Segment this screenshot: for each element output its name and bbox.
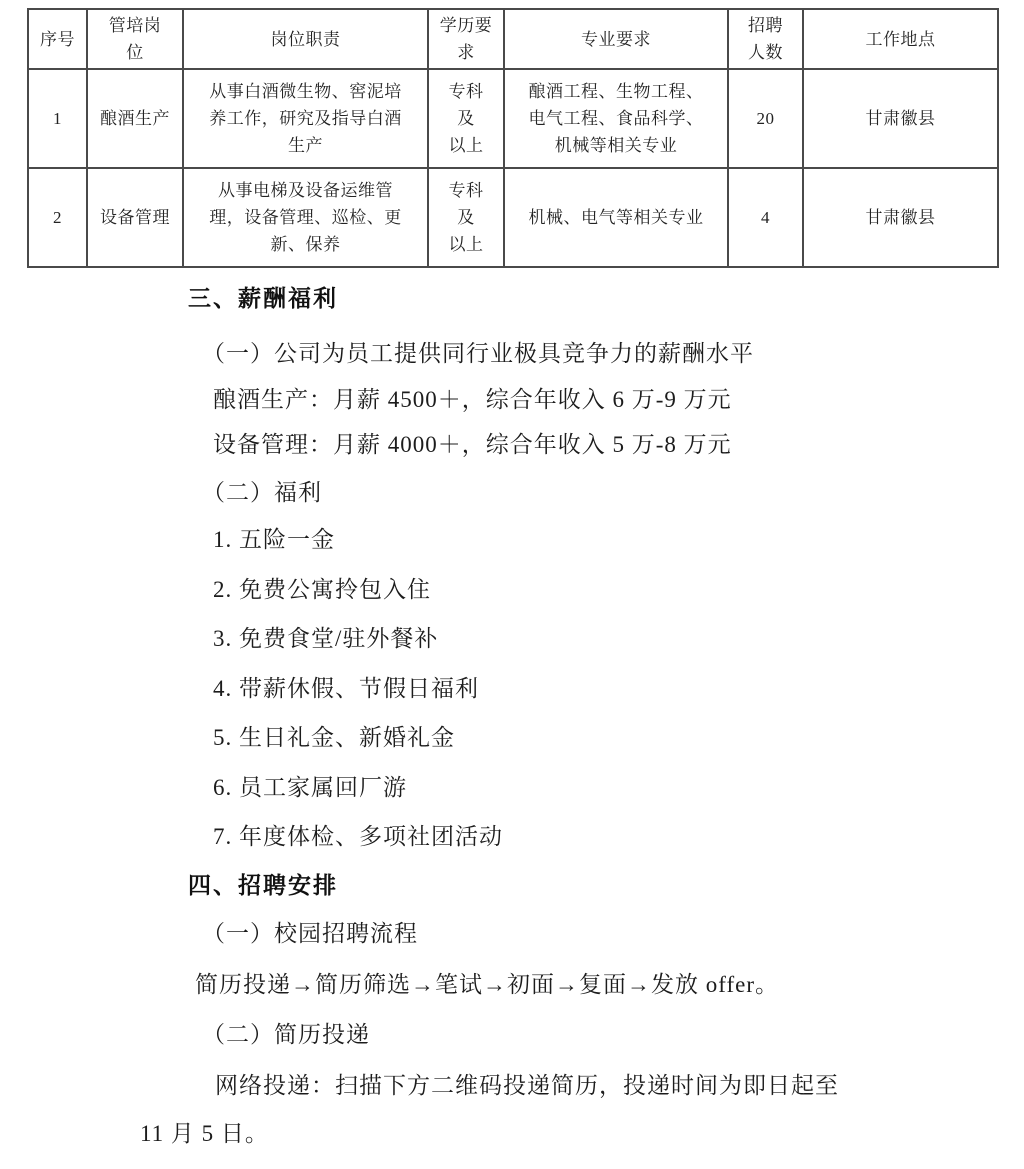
- benefit-item-4: 4. 带薪休假、节假日福利: [213, 676, 479, 702]
- header-cell-headcount: 招聘 人数: [728, 9, 803, 69]
- section-heading-recruitment: 四、招聘安排: [188, 872, 338, 898]
- cell-duties: 从事白酒微生物、窖泥培 养工作，研究及指导白酒 生产: [183, 69, 428, 168]
- cell-position: 酿酒生产: [87, 69, 183, 168]
- subsection-resume-submission: （二）简历投递: [202, 1022, 370, 1048]
- benefit-item-5: 5. 生日礼金、新婚礼金: [213, 725, 455, 751]
- cell-headcount: 4: [728, 168, 803, 267]
- subsection-campus-process: （一）校园招聘流程: [202, 921, 418, 947]
- positions-table: 序号 管培岗 位 岗位职责 学历要 求 专业要求 招聘 人数 工作地点 1 酿酒…: [27, 8, 999, 268]
- header-cell-duties: 岗位职责: [183, 9, 428, 69]
- cell-location: 甘肃徽县: [803, 69, 998, 168]
- cell-headcount: 20: [728, 69, 803, 168]
- resume-submission-line-1: 网络投递：扫描下方二维码投递简历，投递时间为即日起至: [215, 1073, 839, 1099]
- document-page: 序号 管培岗 位 岗位职责 学历要 求 专业要求 招聘 人数 工作地点 1 酿酒…: [0, 0, 1024, 1169]
- cell-education: 专科 及 以上: [428, 69, 504, 168]
- table-row: 2 设备管理 从事电梯及设备运维管 理，设备管理、巡检、更 新、保养 专科 及 …: [28, 168, 998, 267]
- salary-line-brewing: 酿酒生产：月薪 4500＋，综合年收入 6 万-9 万元: [213, 387, 732, 413]
- cell-position: 设备管理: [87, 168, 183, 267]
- header-cell-position: 管培岗 位: [87, 9, 183, 69]
- cell-number: 2: [28, 168, 87, 267]
- benefit-item-1: 1. 五险一金: [213, 527, 335, 553]
- salary-line-equipment: 设备管理：月薪 4000＋，综合年收入 5 万-8 万元: [213, 432, 732, 458]
- benefit-item-6: 6. 员工家属回厂游: [213, 775, 407, 801]
- cell-number: 1: [28, 69, 87, 168]
- cell-education: 专科 及 以上: [428, 168, 504, 267]
- header-cell-major: 专业要求: [504, 9, 728, 69]
- table-row: 1 酿酒生产 从事白酒微生物、窖泥培 养工作，研究及指导白酒 生产 专科 及 以…: [28, 69, 998, 168]
- benefit-item-2: 2. 免费公寓拎包入住: [213, 577, 431, 603]
- header-cell-education: 学历要 求: [428, 9, 504, 69]
- benefit-item-7: 7. 年度体检、多项社团活动: [213, 824, 503, 850]
- cell-major: 机械、电气等相关专业: [504, 168, 728, 267]
- table-header-row: 序号 管培岗 位 岗位职责 学历要 求 专业要求 招聘 人数 工作地点: [28, 9, 998, 69]
- section-heading-salary: 三、薪酬福利: [188, 285, 338, 311]
- resume-submission-line-2: 11 月 5 日。: [140, 1121, 269, 1147]
- header-cell-location: 工作地点: [803, 9, 998, 69]
- header-cell-number: 序号: [28, 9, 87, 69]
- cell-major: 酿酒工程、生物工程、 电气工程、食品科学、 机械等相关专业: [504, 69, 728, 168]
- cell-location: 甘肃徽县: [803, 168, 998, 267]
- subsection-benefits: （二）福利: [202, 480, 322, 506]
- subsection-salary-level: （一）公司为员工提供同行业极具竞争力的薪酬水平: [202, 341, 754, 367]
- cell-duties: 从事电梯及设备运维管 理，设备管理、巡检、更 新、保养: [183, 168, 428, 267]
- benefit-item-3: 3. 免费食堂/驻外餐补: [213, 626, 438, 652]
- recruitment-process-flow: 简历投递→简历筛选→笔试→初面→复面→发放 offer。: [195, 972, 779, 998]
